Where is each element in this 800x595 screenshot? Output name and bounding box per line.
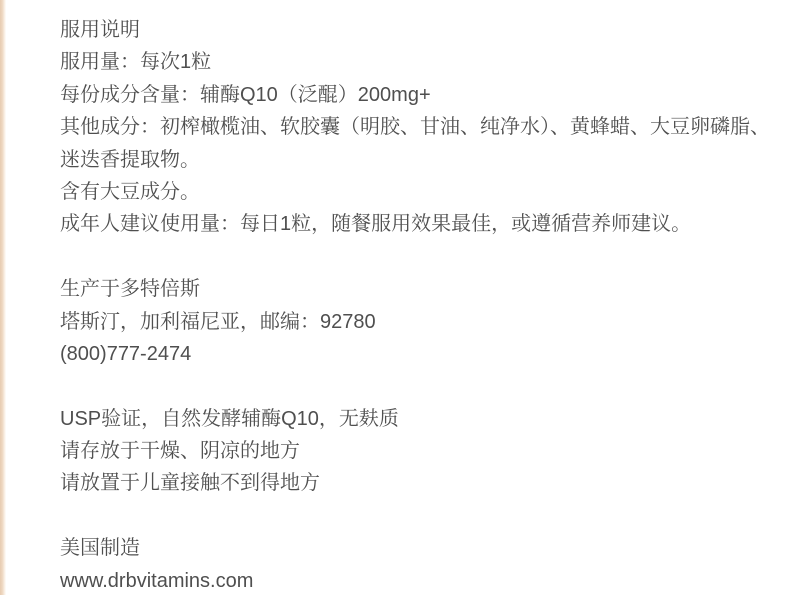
usage-section: 服用说明 服用量：每次1粒 每份成分含量：辅酶Q10（泛醌）200mg+ 其他成… xyxy=(60,14,796,241)
manufacturer-phone-line: (800)777-2474 xyxy=(60,338,796,370)
allergen-line: 含有大豆成分。 xyxy=(60,176,796,208)
usage-title: 服用说明 xyxy=(60,14,796,46)
website-text: www.drbvitamins.com xyxy=(60,565,796,595)
per-serving-line: 每份成分含量：辅酶Q10（泛醌）200mg+ xyxy=(60,79,796,111)
label-text-panel: 服用说明 服用量：每次1粒 每份成分含量：辅酶Q10（泛醌）200mg+ 其他成… xyxy=(60,14,796,595)
adult-recommendation-line: 成年人建议使用量：每日1粒，随餐服用效果最佳，或遵循营养师建议。 xyxy=(60,208,796,240)
other-ingredients-line-2: 迷迭香提取物。 xyxy=(60,144,796,176)
storage-line: 请存放于干燥、阴凉的地方 xyxy=(60,435,796,467)
manufacturer-section: 生产于多特倍斯 塔斯汀，加利福尼亚，邮编：92780 (800)777-2474 xyxy=(60,273,796,370)
quality-section: USP验证，自然发酵辅酶Q10，无麸质 请存放于干燥、阴凉的地方 请放置于儿童接… xyxy=(60,403,796,500)
page-edge-decoration xyxy=(0,0,6,595)
manufacturer-address-line: 塔斯汀，加利福尼亚，邮编：92780 xyxy=(60,306,796,338)
child-safety-line: 请放置于儿童接触不到得地方 xyxy=(60,467,796,499)
made-in-line: 美国制造 xyxy=(60,532,796,564)
certification-line: USP验证，自然发酵辅酶Q10，无麸质 xyxy=(60,403,796,435)
dosage-line: 服用量：每次1粒 xyxy=(60,46,796,78)
manufacturer-name-line: 生产于多特倍斯 xyxy=(60,273,796,305)
origin-section: 美国制造 www.drbvitamins.com xyxy=(60,532,796,595)
other-ingredients-line-1: 其他成分：初榨橄榄油、软胶囊（明胶、甘油、纯净水）、黄蜂蜡、大豆卵磷脂、 xyxy=(60,111,796,143)
